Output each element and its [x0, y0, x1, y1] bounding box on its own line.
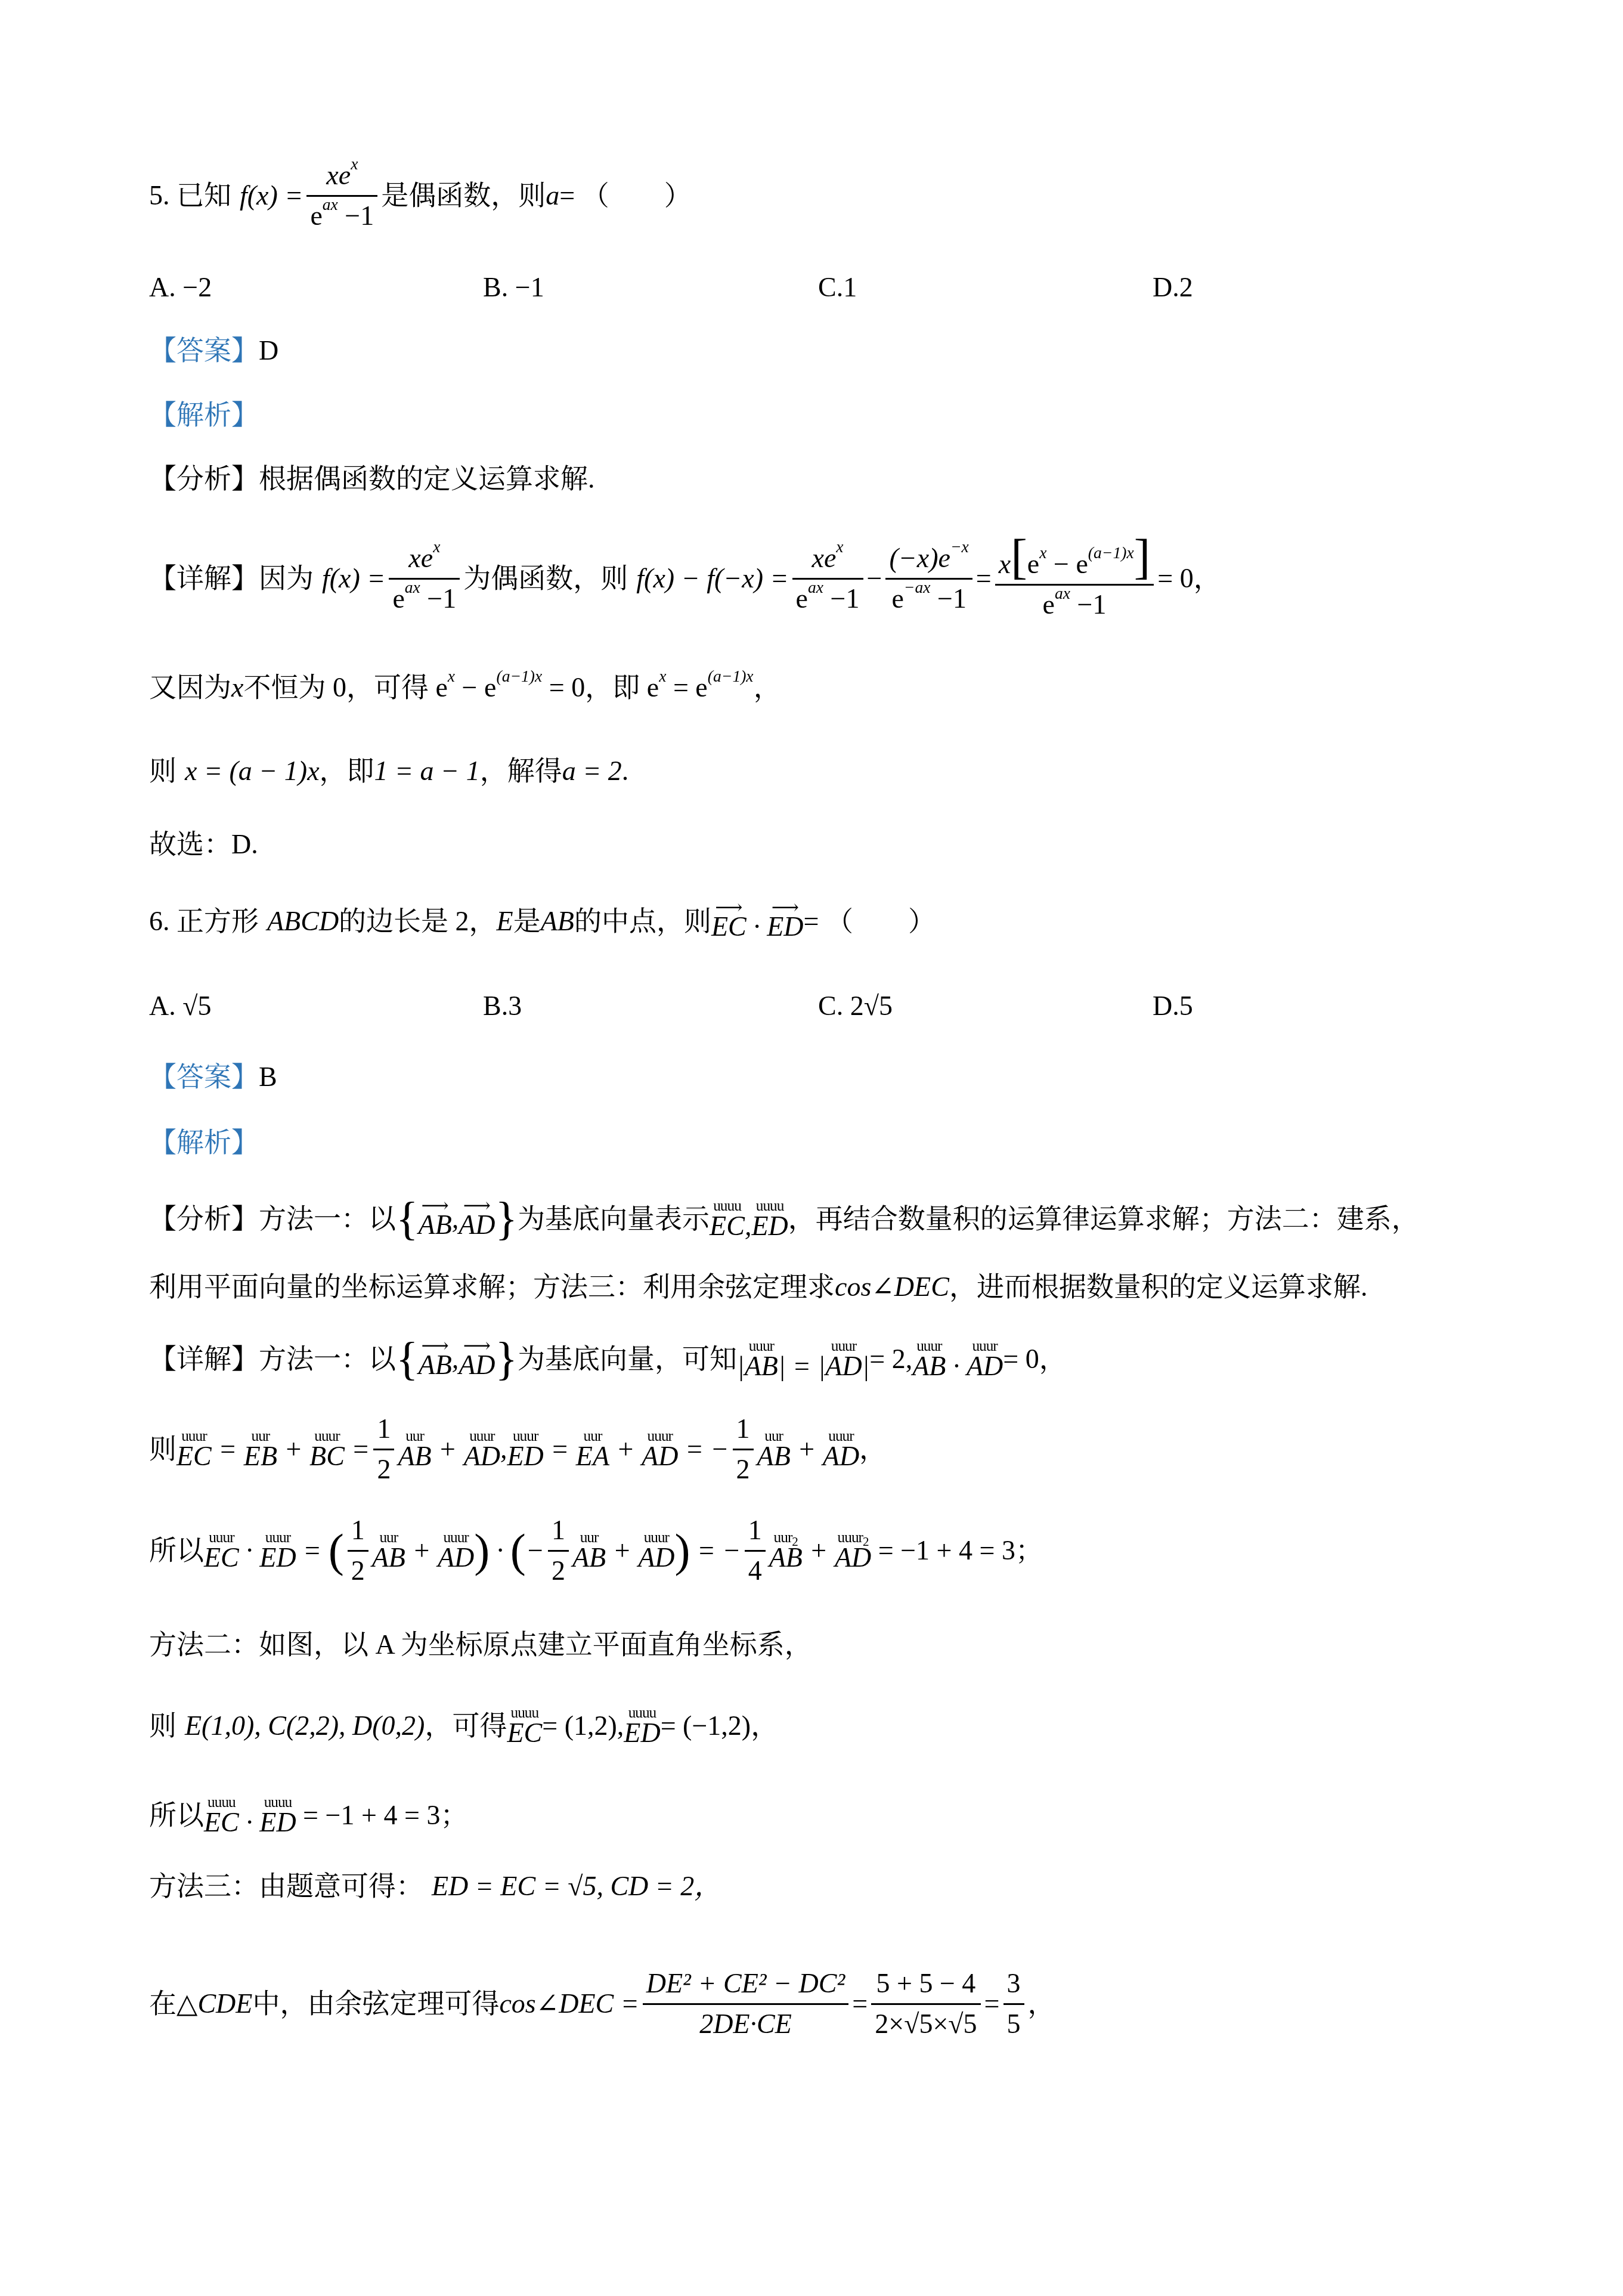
q5-detail-frac-den-tail: −1: [420, 583, 456, 614]
q5-detail-frac-den: e: [392, 583, 404, 614]
q5-analysis: 【分析】 根据偶函数的定义运算求解.: [149, 465, 595, 493]
q6-option-a-value: √5: [182, 991, 211, 1021]
q6-m1-dot: uuurAB · uuurAD: [912, 1339, 1003, 1380]
q6-detail-m1-line3: 所以 uuurEC · uuurED = ( 12 uurAB + uuurAD…: [149, 1515, 1043, 1587]
q5-stem: 5. 已知 f(x) = xex eax −1 是偶函数，则 a = （ ）: [149, 160, 692, 232]
q6-m2-vec-ec: uuuuEC: [507, 1706, 542, 1747]
q6-detail-m2-line2: 则 E(1,0), C(2,2), D(0,2) ，可得 uuuuEC = (1…: [149, 1706, 778, 1747]
q6-option-b: B.3: [483, 990, 522, 1022]
q5-line3-b: ，即: [320, 757, 374, 785]
q5-line3-end: .: [622, 757, 629, 785]
q6-m3-frac3: 3 5: [1003, 1968, 1024, 2040]
q6-jiexi-label: 【解析】: [149, 1129, 259, 1156]
q6-m1-d: = 0，: [1003, 1345, 1066, 1373]
q5-line3-eq3: a = 2: [562, 757, 622, 785]
q5-line2-c: = 0，即: [549, 674, 640, 701]
q5-detail-frac-den-sup: ax: [405, 578, 420, 596]
q6-analysis-l1-a: 方法一：以: [259, 1205, 396, 1233]
q5-stem-mid: 是偶函数，则: [381, 182, 546, 209]
q6-m1-l3-prefix: 所以: [149, 1537, 204, 1564]
q5-detail-text2: 为偶函数，则: [463, 565, 628, 592]
q6-analysis-line1: 【分析】 方法一：以 {⟶AB,⟶AD} 为基底向量表示 uuuuEC,uuuu…: [149, 1199, 1419, 1240]
q6-analysis-label: 【分析】: [149, 1205, 259, 1233]
q6-m3-l2-cos: cos∠DEC =: [499, 1990, 639, 2017]
q6-m3-eq2: =: [984, 1990, 1000, 2017]
q6-analysis-vecs: uuuuEC,uuuuED: [710, 1199, 788, 1240]
q6-m2-l3-prefix: 所以: [149, 1802, 204, 1829]
q6-analysis-l1-b: 为基底向量表示: [518, 1205, 710, 1233]
document-page: 5. 已知 f(x) = xex eax −1 是偶函数，则 a = （ ） A…: [0, 0, 1623, 2296]
q5-jiexi: 【解析】: [149, 401, 259, 429]
q5-detail-frac: xex eax −1: [389, 543, 460, 615]
q6-m2-vec-ed: uuuuED: [624, 1706, 660, 1747]
q6-m3-frac2-den: 2×√5×√5: [871, 2009, 980, 2040]
q6-answer-value: B: [259, 1063, 277, 1091]
q5-detail-frac-num: xe: [408, 543, 433, 573]
q5-option-c-value: 1: [843, 272, 857, 302]
q5-frac-den: e: [310, 200, 322, 231]
q5-analysis-label: 【分析】: [149, 465, 259, 493]
q6-analysis-l1-c: ，再结合数量积的运算律运算求解；方法二：建系，: [788, 1205, 1419, 1233]
q5-detail-frac-c: x[ex − e(a−1)x]eax −1: [995, 537, 1154, 621]
q6-stem-prefix: 6. 正方形: [149, 908, 259, 935]
q6-m1-basis: {⟶AB,⟶AD}: [396, 1340, 518, 1379]
q5-detail-text1: 因为: [259, 565, 314, 592]
q6-stem-mid2: 是: [513, 908, 541, 935]
q5-detail-label: 【详解】: [149, 565, 259, 592]
q5-frac-num-sup: x: [351, 154, 358, 173]
q6-m3-l2-prefix: 在: [149, 1990, 176, 2017]
q6-m3-end: ，: [1028, 1990, 1055, 2017]
q6-m2-l2-mid: ，可得: [425, 1712, 507, 1740]
q6-detail-m2-line3: 所以 uuuuEC · uuuuED = −1 + 4 = 3；: [149, 1795, 467, 1836]
q6-m1-l2-prefix: 则: [149, 1435, 176, 1463]
q5-stem-eq: = （ ）: [559, 182, 691, 209]
q5-detail-minus: −: [867, 565, 882, 592]
q5-detail-diff: f(x) − f(−x) =: [636, 565, 788, 592]
q6-option-d-value: 5: [1179, 991, 1193, 1021]
q6-m2-l3-result: = −1 + 4 = 3；: [303, 1802, 467, 1829]
q5-conclusion-text: 故选：D.: [149, 831, 258, 858]
q6-answer: 【答案】 B: [149, 1063, 277, 1091]
q6-stem-abcd: ABCD: [267, 908, 339, 935]
q6-jiexi: 【解析】: [149, 1129, 259, 1156]
q6-detail-label: 【详解】: [149, 1345, 259, 1373]
q5-detail-frac-num-sup: x: [433, 537, 440, 556]
q5-analysis-text: 根据偶函数的定义运算求解.: [259, 465, 595, 493]
q5-detail-fx: f(x) =: [322, 565, 385, 592]
q5-line2-expr2: ex = e(a−1)x: [640, 674, 753, 701]
q6-option-b-value: 3: [508, 991, 522, 1021]
q6-option-d: D.5: [1153, 990, 1193, 1022]
q5-option-b-key: B.: [483, 272, 508, 302]
q5-option-b-value: −1: [515, 272, 544, 302]
q5-option-d-key: D.: [1153, 272, 1179, 302]
q6-m3-frac2-num: 5 + 5 − 4: [872, 1968, 979, 2000]
q6-analysis-line2: 利用平面向量的坐标运算求解；方法三：利用余弦定理求 cos∠DEC ，进而根据数…: [149, 1273, 1367, 1301]
q6-detail-m3-line1: 方法三：由题意可得： ED = EC = √5, CD = 2，: [149, 1873, 721, 1900]
q5-line3-eq2: 1 = a − 1: [374, 757, 480, 785]
q5-line2-b: 不恒为 0，可得: [243, 674, 429, 701]
q5-line3-eq: x = (a − 1)x: [185, 757, 320, 785]
q6-m3-l1-prefix: 方法三：由题意可得：: [149, 1873, 423, 1900]
q6-m1-b: 为基底向量，可知: [518, 1345, 737, 1373]
q5-detail-line1: 【详解】 因为 f(x) = xex eax −1 为偶函数，则 f(x) − …: [149, 537, 1221, 621]
q6-stem-mid3: 的中点，则: [574, 908, 711, 935]
q6-m1-c: = 2,: [869, 1345, 912, 1373]
q5-line2-d: ，: [754, 674, 781, 701]
q6-option-d-key: D.: [1153, 991, 1179, 1021]
q6-m3-frac1: DE² + CE² − DC² 2DE·CE: [643, 1968, 848, 2040]
q6-option-a-key: A.: [149, 991, 176, 1021]
q6-stem-ab: AB: [541, 908, 574, 935]
q5-option-a-value: −2: [182, 272, 212, 302]
q6-detail-m2-line1: 方法二：如图，以 A 为坐标原点建立平面直角坐标系，: [149, 1631, 812, 1658]
q5-option-d-value: 2: [1179, 272, 1193, 302]
q6-detail-m3-line2: 在 △CDE 中，由余弦定理可得 cos∠DEC = DE² + CE² − D…: [149, 1968, 1055, 2040]
q6-m3-frac3-num: 3: [1003, 1968, 1024, 2000]
q5-detail-frac-a: xexeax −1: [792, 543, 863, 615]
q6-m3-l2-mid: 中，由余弦定理可得: [252, 1990, 499, 2017]
q6-stem: 6. 正方形 ABCD 的边长是 2， E 是 AB 的中点，则 ⟶EC · ⟶…: [149, 902, 936, 940]
q6-m3-frac3-den: 5: [1003, 2009, 1024, 2040]
q5-detail-frac-b: (−x)e−xe−ax −1: [885, 543, 972, 615]
q5-stem-var: a: [546, 182, 559, 209]
q6-m3-frac1-den: 2DE·CE: [696, 2009, 795, 2040]
q6-m1-norms: |uuurAB| = |uuurAD|: [737, 1339, 869, 1380]
q5-option-a: A. −2: [149, 271, 212, 303]
q6-m2-l2-prefix: 则: [149, 1712, 176, 1740]
q5-jiexi-label: 【解析】: [149, 401, 259, 429]
q6-stem-vec-product: ⟶EC · ⟶ED: [711, 902, 804, 940]
q6-detail-m1-line2: 则 uuurEC = uurEB + uuurBC = 12 uurAB + u…: [149, 1413, 887, 1486]
q6-m3-eq1: =: [852, 1990, 868, 2017]
q5-option-d: D.2: [1153, 271, 1193, 303]
q5-answer-value: D: [259, 337, 278, 364]
q6-option-b-key: B.: [483, 991, 508, 1021]
q6-m3-l2-tri: △CDE: [176, 1990, 252, 2017]
q6-m2-l2-ed: = (−1,2)，: [661, 1712, 779, 1740]
q5-stem-prefix: 5. 已知: [149, 182, 231, 209]
q5-line2-expr1: ex − e(a−1)x: [429, 674, 549, 701]
q6-m1-l3-result: = −1 + 4 = 3；: [878, 1537, 1043, 1564]
q6-m2-l1: 方法二：如图，以 A 为坐标原点建立平面直角坐标系，: [149, 1631, 812, 1658]
q5-detail-eq-zero: = 0，: [1157, 565, 1221, 592]
q6-option-c: C. 2√5: [818, 990, 893, 1022]
q5-fraction: xex eax −1: [306, 160, 377, 232]
q5-frac-den-sup: ax: [323, 195, 338, 213]
q6-m3-frac2: 5 + 5 − 4 2×√5×√5: [871, 1968, 980, 2040]
q5-option-b: B. −1: [483, 271, 544, 303]
q6-m2-l2-ec: = (1,2),: [542, 1712, 624, 1740]
q6-m3-frac1-num: DE² + CE² − DC²: [643, 1968, 848, 2000]
q6-option-a: A. √5: [149, 990, 211, 1022]
q5-frac-den-tail: −1: [338, 200, 374, 231]
q6-m1-l3-expr: uuurEC · uuurED = ( 12 uurAB + uuurAD) ·…: [204, 1515, 878, 1587]
q5-frac-num: xe: [326, 160, 351, 190]
q6-analysis-l2-b: ，进而根据数量积的定义运算求解.: [949, 1273, 1368, 1301]
q6-option-c-value: 2√5: [850, 991, 893, 1021]
q6-stem-e: E: [497, 908, 513, 935]
q6-stem-mid1: 的边长是 2，: [339, 908, 497, 935]
q5-line3-a: 则: [149, 757, 176, 785]
q6-analysis-l2-a: 利用平面向量的坐标运算求解；方法三：利用余弦定理求: [149, 1273, 835, 1301]
q6-analysis-l2-cos: cos∠DEC: [835, 1273, 949, 1301]
q5-option-c-key: C.: [818, 272, 843, 302]
q6-analysis-basis: {⟶AB,⟶AD}: [396, 1200, 518, 1239]
q5-fx: f(x) =: [240, 182, 303, 209]
q6-m2-l3-dot: uuuuEC · uuuuED: [204, 1795, 303, 1836]
q5-line2-a: 又因为: [149, 674, 231, 701]
q5-answer-label: 【答案】: [149, 337, 259, 364]
q5-line2-x: x: [231, 674, 243, 701]
q5-detail-line3: 则 x = (a − 1)x ，即 1 = a − 1 ，解得 a = 2 .: [149, 757, 628, 785]
q5-option-c: C.1: [818, 271, 857, 303]
q5-detail-eq: =: [976, 565, 992, 592]
q5-answer: 【答案】 D: [149, 337, 278, 364]
q6-m1-l2-expr: uuurEC = uurEB + uuurBC = 12 uurAB + uuu…: [176, 1413, 887, 1486]
q6-m3-l1-eq: ED = EC = √5, CD = 2，: [432, 1873, 721, 1900]
q6-m2-l2-points: E(1,0), C(2,2), D(0,2): [185, 1712, 425, 1740]
q5-option-a-key: A.: [149, 272, 176, 302]
q6-option-c-key: C.: [818, 991, 843, 1021]
q5-detail-line2: 又因为 x 不恒为 0，可得 ex − e(a−1)x = 0，即 ex = e…: [149, 674, 781, 701]
q5-conclusion: 故选：D.: [149, 831, 258, 858]
q6-m1-a: 方法一：以: [259, 1345, 396, 1373]
q6-stem-tail: = （ ）: [804, 908, 936, 935]
q6-detail-m1-line1: 【详解】 方法一：以 {⟶AB,⟶AD} 为基底向量，可知 |uuurAB| =…: [149, 1339, 1067, 1380]
q5-line3-c: ，解得: [480, 757, 562, 785]
q6-answer-label: 【答案】: [149, 1063, 259, 1091]
